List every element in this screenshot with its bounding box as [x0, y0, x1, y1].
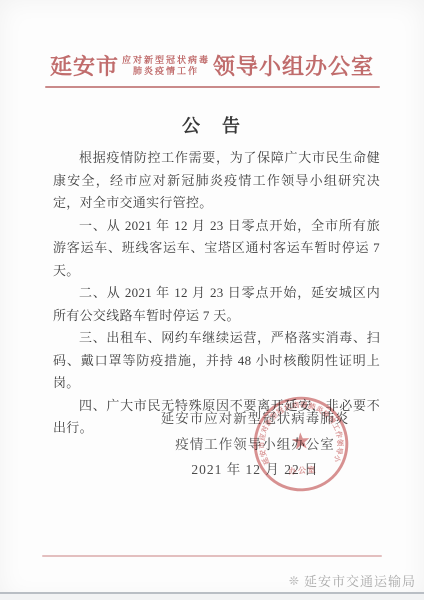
- paragraph-item-3: 三、出租车、网约车继续运营，严格落实消毒、扫码、戴口罩等防疫措施，并持 48 小…: [53, 327, 380, 395]
- official-seal-stamp: 延安市应对新型冠状病毒肺炎疫情工作领导小组 办公室: [248, 391, 355, 498]
- letterhead-org-subtitle-line2: 肺炎疫情工作: [122, 66, 210, 77]
- seal-ring-text: 延安市应对新型冠状病毒肺炎疫情工作领导小组: [248, 391, 347, 471]
- paragraph-item-1: 一、从 2021 年 12 月 23 日零点开始，全市所有旅游客运车、班线客运车…: [53, 215, 380, 283]
- letterhead-org-right: 领导小组办公室: [213, 50, 374, 81]
- seal-star-icon: [291, 432, 310, 450]
- bureau-logo-icon: ❊: [289, 574, 300, 588]
- seal-center-text: 办公室: [288, 464, 317, 476]
- document-page: 延安市 应对新型冠状病毒 肺炎疫情工作 领导小组办公室 公 告 根据疫情防控工作…: [0, 0, 424, 600]
- letterhead-org-subtitle-line1: 应对新型冠状病毒: [122, 55, 210, 66]
- paragraph-intro: 根据疫情防控工作需要，为了保障广大市民生命健康安全，经市应对新冠肺炎疫情工作领导…: [53, 147, 380, 215]
- announcement-title: 公 告: [0, 112, 424, 138]
- letterhead-org-subtitle: 应对新型冠状病毒 肺炎疫情工作: [122, 55, 210, 77]
- image-bottom-edge: [0, 592, 424, 600]
- watermark: ❊ 延安市交通运输局: [289, 571, 416, 590]
- letterhead: 延安市 应对新型冠状病毒 肺炎疫情工作 领导小组办公室: [0, 50, 424, 81]
- watermark-text: 延安市交通运输局: [304, 571, 416, 590]
- svg-text:延安市应对新型冠状病毒肺炎疫情工作领导小组: 延安市应对新型冠状病毒肺炎疫情工作领导小组: [248, 391, 347, 471]
- letterhead-org-left: 延安市: [50, 50, 119, 81]
- footer-divider: [42, 555, 382, 557]
- paragraph-item-2: 二、从 2021 年 12 月 23 日零点开始，延安城区内所有公交线路车暂时停…: [53, 282, 380, 327]
- letterhead-divider: [45, 86, 380, 88]
